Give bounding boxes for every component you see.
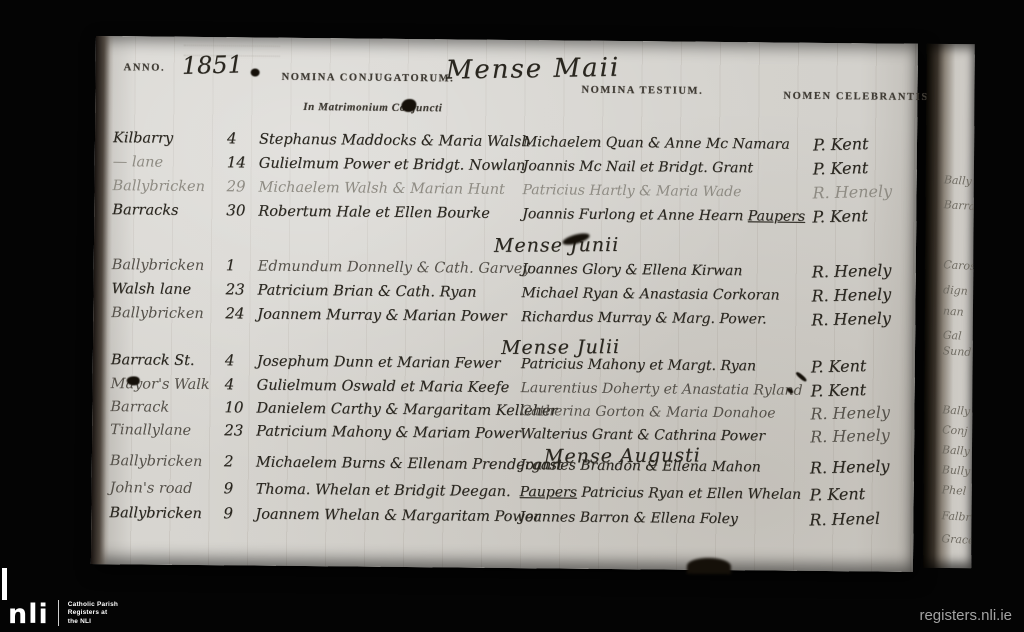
register-row: John's road 9 Thoma. Whelan et Bridgit D… [110,477,906,504]
row-witnesses: Richardus Murray & Marg. Power. [521,309,811,328]
row-place: Barrack St. [111,352,225,369]
month-heading-june: Mense Junii [494,234,619,257]
nli-logo-mark: nli [8,604,49,626]
row-couple: Joannem Murray & Marian Power [257,307,521,326]
row-celebrant: P. Kent [810,379,902,400]
register-row: Barrack 10 Danielem Carthy & Margaritam … [110,396,906,423]
register-row: Tinallylane 23 Patricium Mahony & Mariam… [110,419,906,446]
register-row: Ballybricken 2 Michaelem Burns & Ellenam… [110,450,906,477]
margin-fragment: Bally [944,173,973,188]
row-celebrant: P. Kent [811,355,903,376]
row-day: 9 [224,479,256,497]
row-couple: Robertum Hale et Ellen Bourke [258,204,522,223]
header-nomina-testium: NOMINA TESTIUM. [581,85,703,97]
page-edge-smudge [687,558,731,574]
register-page-scan: ANNO. 1851 NOMINA CONJUGATORUM. Mense Ma… [91,36,918,572]
register-row: Ballybricken 9 Joannem Whelan & Margarit… [109,502,905,529]
row-celebrant: R. Henely [812,181,904,202]
row-couple: Michaelem Burns & Ellenam Prendergast [256,455,520,474]
row-witnesses: Joannes Glory & Ellena Kirwan [522,261,812,280]
register-row: Ballybricken 24 Joannem Murray & Marian … [111,302,907,329]
row-celebrant: R. Henely [812,260,904,281]
row-couple: Josephum Dunn et Marian Fewer [257,354,521,373]
row-couple: Patricium Mahony & Mariam Power [256,424,520,443]
row-couple: Patricium Brian & Cath. Ryan [257,283,521,302]
row-place: Ballybricken [112,178,226,195]
row-celebrant: P. Kent [813,133,905,154]
anno-label: ANNO. [124,62,166,73]
margin-fragment: Bully [941,463,970,478]
row-day: 4 [227,129,259,147]
row-place: — lane [113,154,227,171]
margin-fragment: dign [943,283,968,297]
row-witnesses: Joannis Mc Nail et Bridgt. Grant [523,158,813,177]
margin-fragment: nan [943,304,964,318]
logo-divider [58,600,59,626]
margin-fragment: Caros [943,258,975,273]
row-witnesses: Joannes Brandon & Ellena Mahon [520,457,810,476]
row-couple: Michaelem Walsh & Marian Hunt [258,180,522,199]
row-place: Ballybricken [111,305,225,322]
row-couple: Joannem Whelan & Margaritam Power [255,507,519,526]
row-place: John's road [110,480,224,497]
row-couple: Edmundum Donnelly & Cath. Garvey [258,259,522,278]
row-day: 23 [225,280,257,298]
row-celebrant: R. Henely [810,456,902,477]
row-day: 30 [226,201,258,219]
row-couple: Gulielmum Power et Bridgt. Nowlan [259,156,523,175]
register-row: Barracks 30 Robertum Hale et Ellen Bourk… [112,199,908,226]
margin-fragment: Bally [942,443,971,458]
row-witnesses: Joannes Barron & Ellena Foley [519,509,809,528]
anno-year-handwritten: 1851 [181,50,243,80]
row-witnesses: Walterius Grant & Cathrina Power [520,426,810,445]
month-heading-may: Mense Maii [445,53,620,86]
register-row: — lane 14 Gulielmum Power et Bridgt. Now… [113,151,909,178]
row-celebrant: P. Kent [812,205,904,226]
margin-fragment: Conj [942,423,968,437]
row-celebrant: P. Kent [809,483,901,504]
row-witnesses: Laurentius Doherty et Anastatia Ryland [521,380,811,399]
viewer-stage: ANNO. 1851 NOMINA CONJUGATORUM. Mense Ma… [0,0,1024,632]
row-place: Tinallylane [110,422,224,439]
row-place: Barrack [110,399,224,416]
margin-fragment: Gal [942,328,962,342]
pauper-annotation: Paupers [748,208,805,225]
header-in-matrimonium: In Matrimonium Conjuncti [303,101,442,114]
margin-fragment: Falbr [941,509,971,524]
header-nomina-conjugatorum: NOMINA CONJUGATORUM. [282,72,455,85]
row-celebrant: R. Henel [809,508,901,529]
row-place: Barracks [112,202,226,219]
register-row: Ballybricken 1 Edmundum Donnelly & Cath.… [112,254,908,281]
adjacent-page-edge: Bally Barra Caros dign nan Gal Sund Ball… [923,44,975,568]
row-couple: Gulielmum Oswald et Maria Keefe [257,378,521,397]
row-celebrant: R. Henely [810,402,902,423]
site-watermark: registers.nli.ie [919,607,1012,624]
row-day: 4 [225,375,257,393]
row-place: Kilbarry [113,130,227,147]
register-row: Walsh lane 23 Patricium Brian & Cath. Ry… [111,278,907,305]
row-witnesses: Patricius Mahony et Margt. Ryan [521,356,811,375]
margin-fragment: Sund [942,344,971,359]
nli-logo-bar [2,568,7,600]
row-celebrant: R. Henely [811,284,903,305]
row-witnesses: Paupers Patricius Ryan et Ellen Whelan [520,484,810,503]
row-place: Ballybricken [110,453,224,470]
header-nomen-celebrantis: NOMEN CELEBRANTIS, [783,91,933,103]
margin-fragment: Phel [941,483,966,497]
ink-blot [401,99,416,112]
row-place: Ballybricken [112,257,226,274]
row-place: Ballybricken [109,505,223,522]
row-day: 29 [226,177,258,195]
margin-fragment: Barra [943,198,974,213]
row-day: 2 [224,452,256,470]
register-row: Barrack St. 4 Josephum Dunn et Marian Fe… [111,349,907,376]
row-witnesses: Michael Ryan & Anastasia Corkoran [521,285,811,304]
row-place: Walsh lane [111,281,225,298]
row-day: 14 [227,153,259,171]
row-day: 1 [226,256,258,274]
row-celebrant: R. Henely [811,308,903,329]
row-witnesses: Joannis Furlong et Anne Hearn Paupers [522,206,812,225]
row-day: 10 [224,398,256,416]
row-day: 24 [225,304,257,322]
row-day: 4 [225,351,257,369]
row-couple: Thoma. Whelan et Bridgit Deegan. [256,482,520,501]
row-witnesses: Michaelem Quan & Anne Mc Namara [523,134,813,153]
register-row: Ballybricken 29 Michaelem Walsh & Marian… [112,175,908,202]
nli-logo-caption: Catholic Parish Registers at the NLI [68,601,118,626]
ink-blot [127,376,140,385]
register-row: Kilbarry 4 Stephanus Maddocks & Maria Wa… [113,127,909,154]
row-couple: Danielem Carthy & Margaritam Kelleher [256,401,520,420]
ink-blot [251,68,260,76]
pauper-annotation: Paupers [520,484,577,501]
row-celebrant: P. Kent [813,157,905,178]
row-couple: Stephanus Maddocks & Maria Walsh [259,132,523,151]
row-day: 9 [223,504,255,522]
row-day: 23 [224,421,256,439]
nli-logo: nli Catholic Parish Registers at the NLI [8,600,118,626]
row-celebrant: R. Henely [810,425,902,446]
row-witnesses: Catherina Gorton & Maria Donahoe [520,403,810,422]
margin-fragment: Grace [941,532,975,547]
row-witnesses: Patricius Hartly & Maria Wade [522,182,812,201]
margin-fragment: Bally [942,403,971,418]
